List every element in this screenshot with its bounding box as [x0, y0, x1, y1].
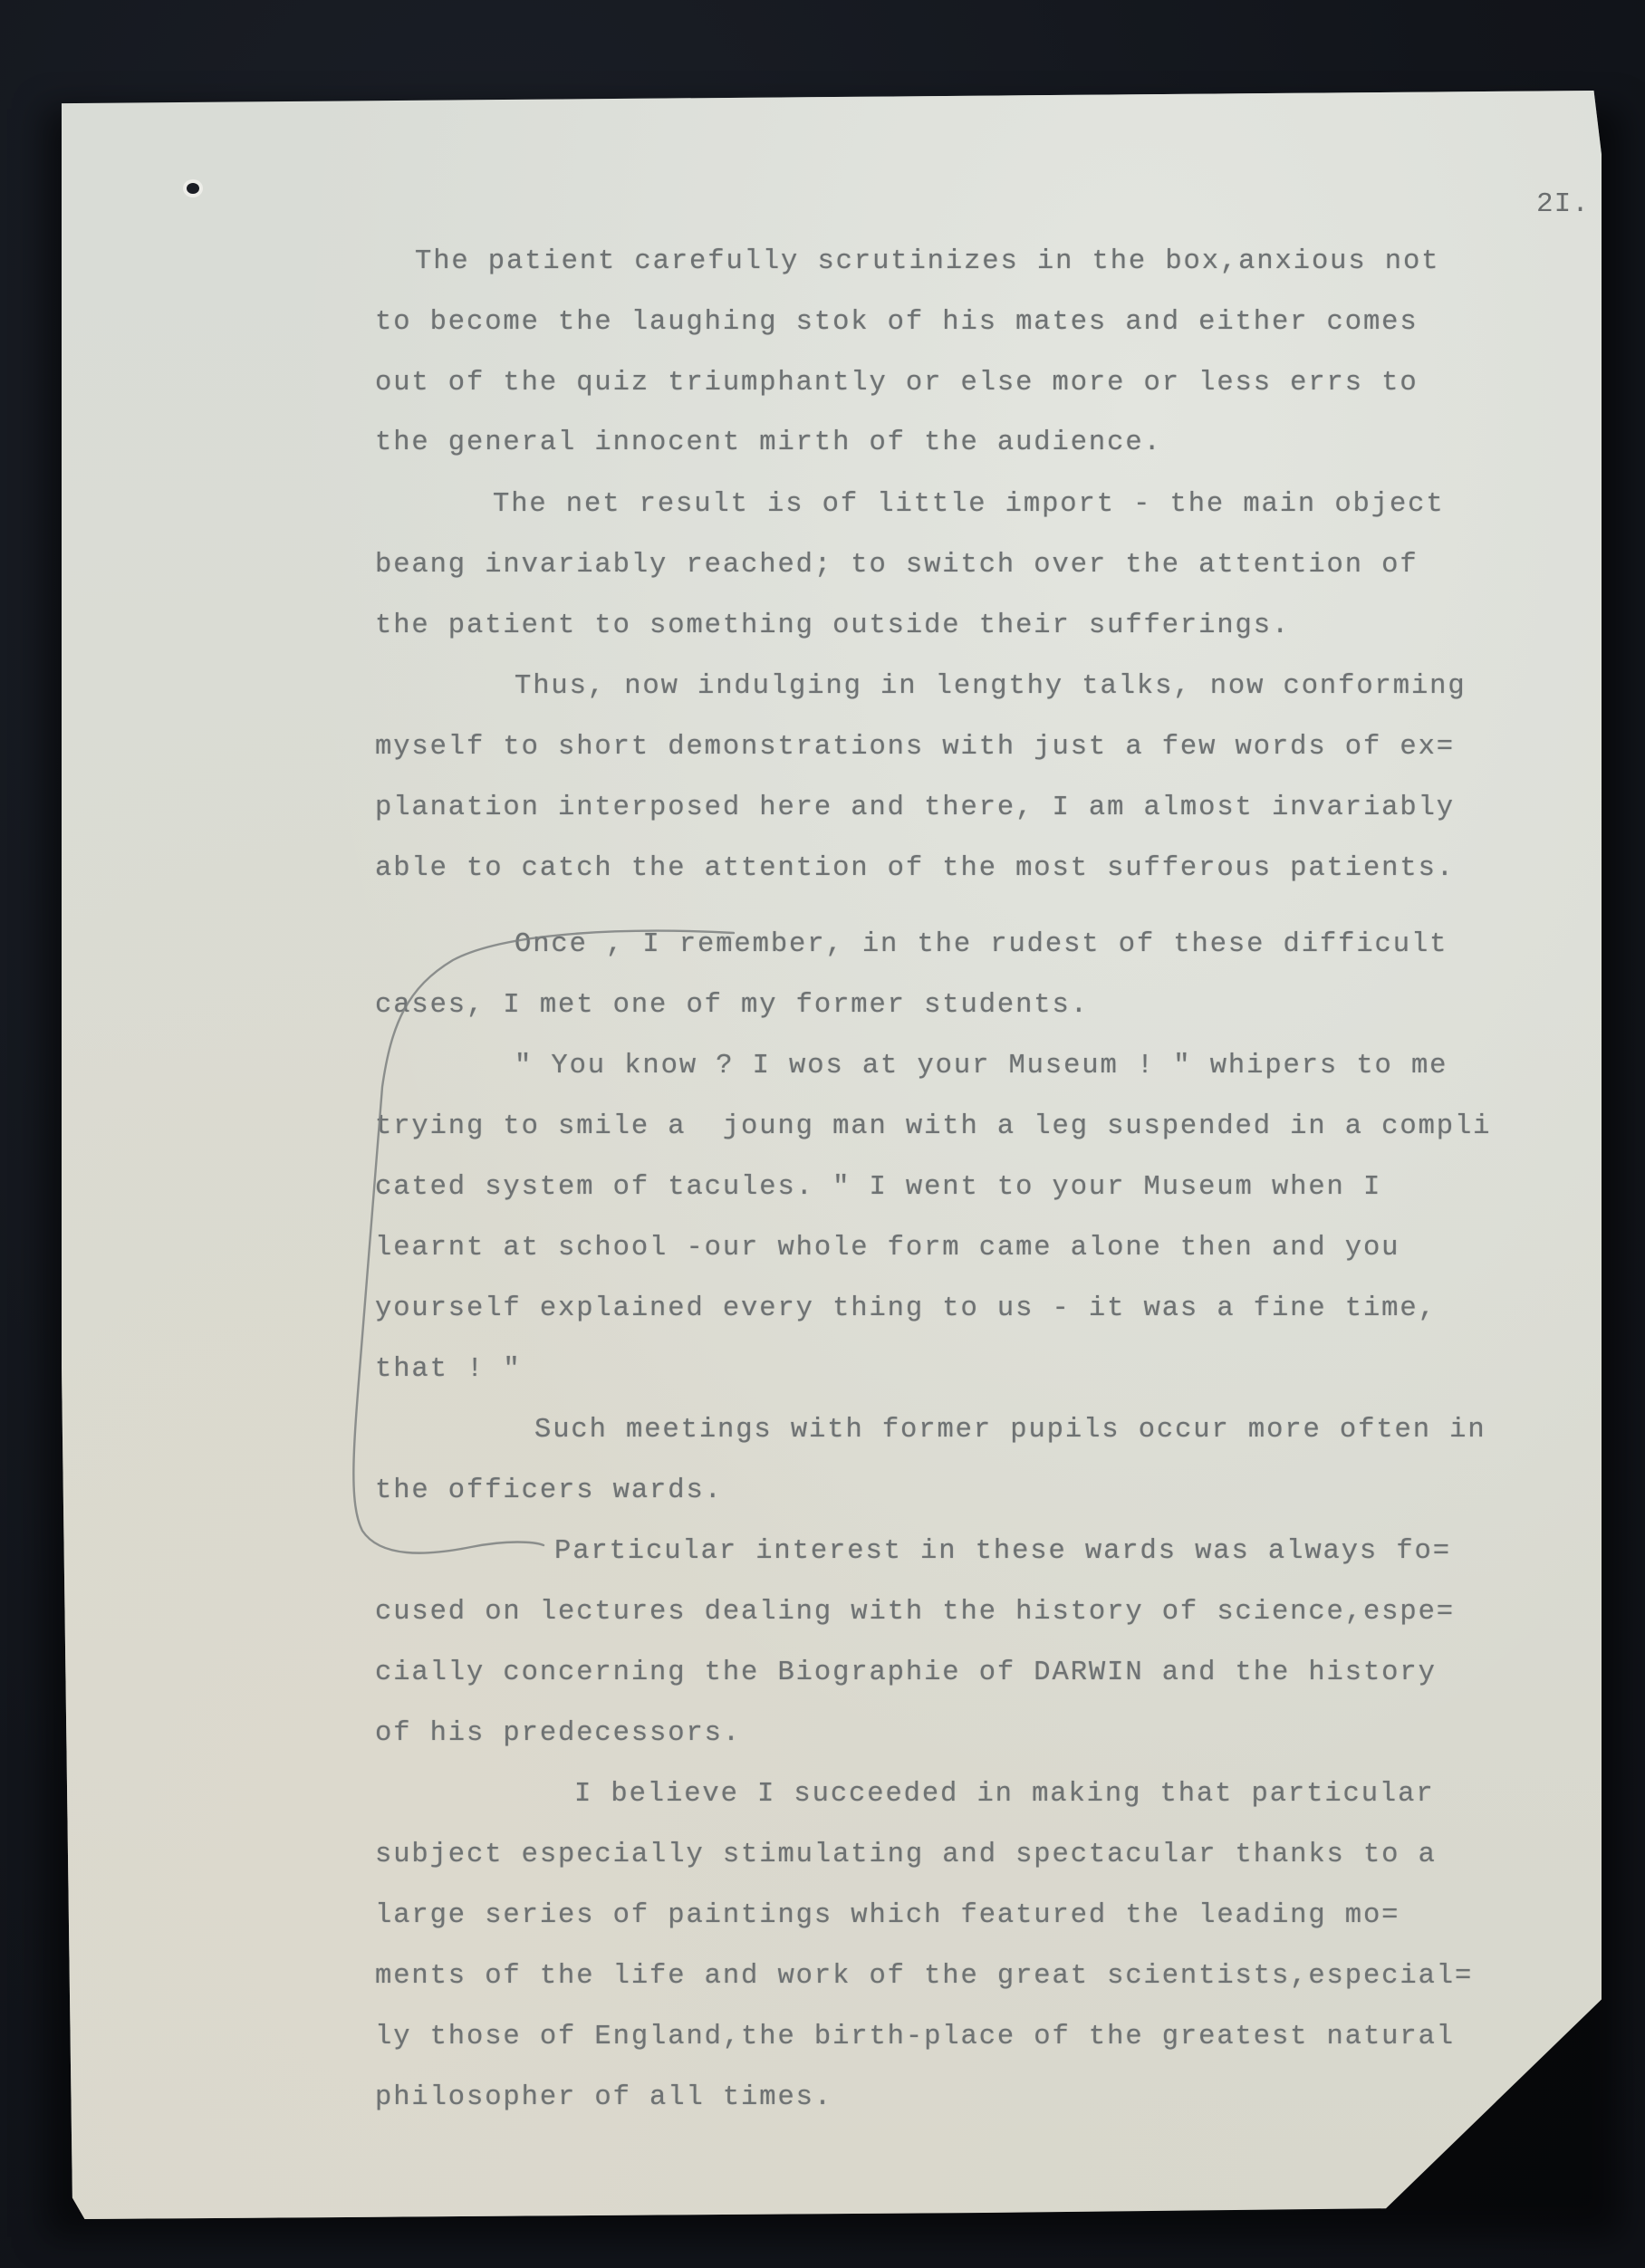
- text-line: Thus, now indulging in lengthy talks, no…: [515, 671, 1467, 702]
- text-line: cused on lectures dealing with the histo…: [375, 1597, 1455, 1628]
- body-text: The patient carefully scrutinizes in the…: [62, 91, 1602, 2219]
- text-line: out of the quiz triumphantly or else mor…: [375, 368, 1419, 399]
- text-line: able to catch the attention of the most …: [375, 853, 1455, 884]
- text-line: philosopher of all times.: [375, 2082, 832, 2113]
- text-line: The net result is of little import - the…: [493, 489, 1445, 520]
- text-line: ments of the life and work of the great …: [375, 1961, 1473, 1992]
- text-line: Such meetings with former pupils occur m…: [534, 1415, 1486, 1446]
- text-line: subject especially stimulating and spect…: [375, 1840, 1437, 1870]
- text-line: learnt at school -our whole form came al…: [375, 1233, 1400, 1264]
- text-line: large series of paintings which featured…: [375, 1900, 1400, 1931]
- text-line: the general innocent mirth of the audien…: [375, 428, 1162, 458]
- text-line: I believe I succeeded in making that par…: [574, 1779, 1435, 1810]
- text-line: cated system of tacules. " I went to you…: [375, 1172, 1381, 1203]
- text-line: trying to smile a joung man with a leg s…: [375, 1111, 1491, 1142]
- text-line: of his predecessors.: [375, 1718, 741, 1749]
- text-line: that ! ": [375, 1354, 522, 1385]
- text-line: cially concerning the Biographie of DARW…: [375, 1658, 1437, 1688]
- text-line: beang invariably reached; to switch over…: [375, 550, 1419, 581]
- text-line: the patient to something outside their s…: [375, 610, 1290, 641]
- text-line: ly those of England,the birth-place of t…: [375, 2022, 1455, 2052]
- text-line: to become the laughing stok of his mates…: [375, 307, 1419, 338]
- text-line: the officers wards.: [375, 1475, 723, 1506]
- text-line: yourself explained every thing to us - i…: [375, 1293, 1437, 1324]
- text-line: The patient carefully scrutinizes in the…: [415, 246, 1439, 277]
- text-line: " You know ? I wos at your Museum ! " wh…: [515, 1051, 1448, 1081]
- text-line: Particular interest in these wards was a…: [554, 1536, 1451, 1567]
- text-line: Once , I remember, in the rudest of thes…: [515, 929, 1448, 960]
- text-line: cases, I met one of my former students.: [375, 990, 1089, 1021]
- text-line: myself to short demonstrations with just…: [375, 732, 1455, 763]
- typewritten-page: 2I. The patient carefully scrutinizes in…: [62, 91, 1602, 2219]
- text-line: planation interposed here and there, I a…: [375, 793, 1455, 823]
